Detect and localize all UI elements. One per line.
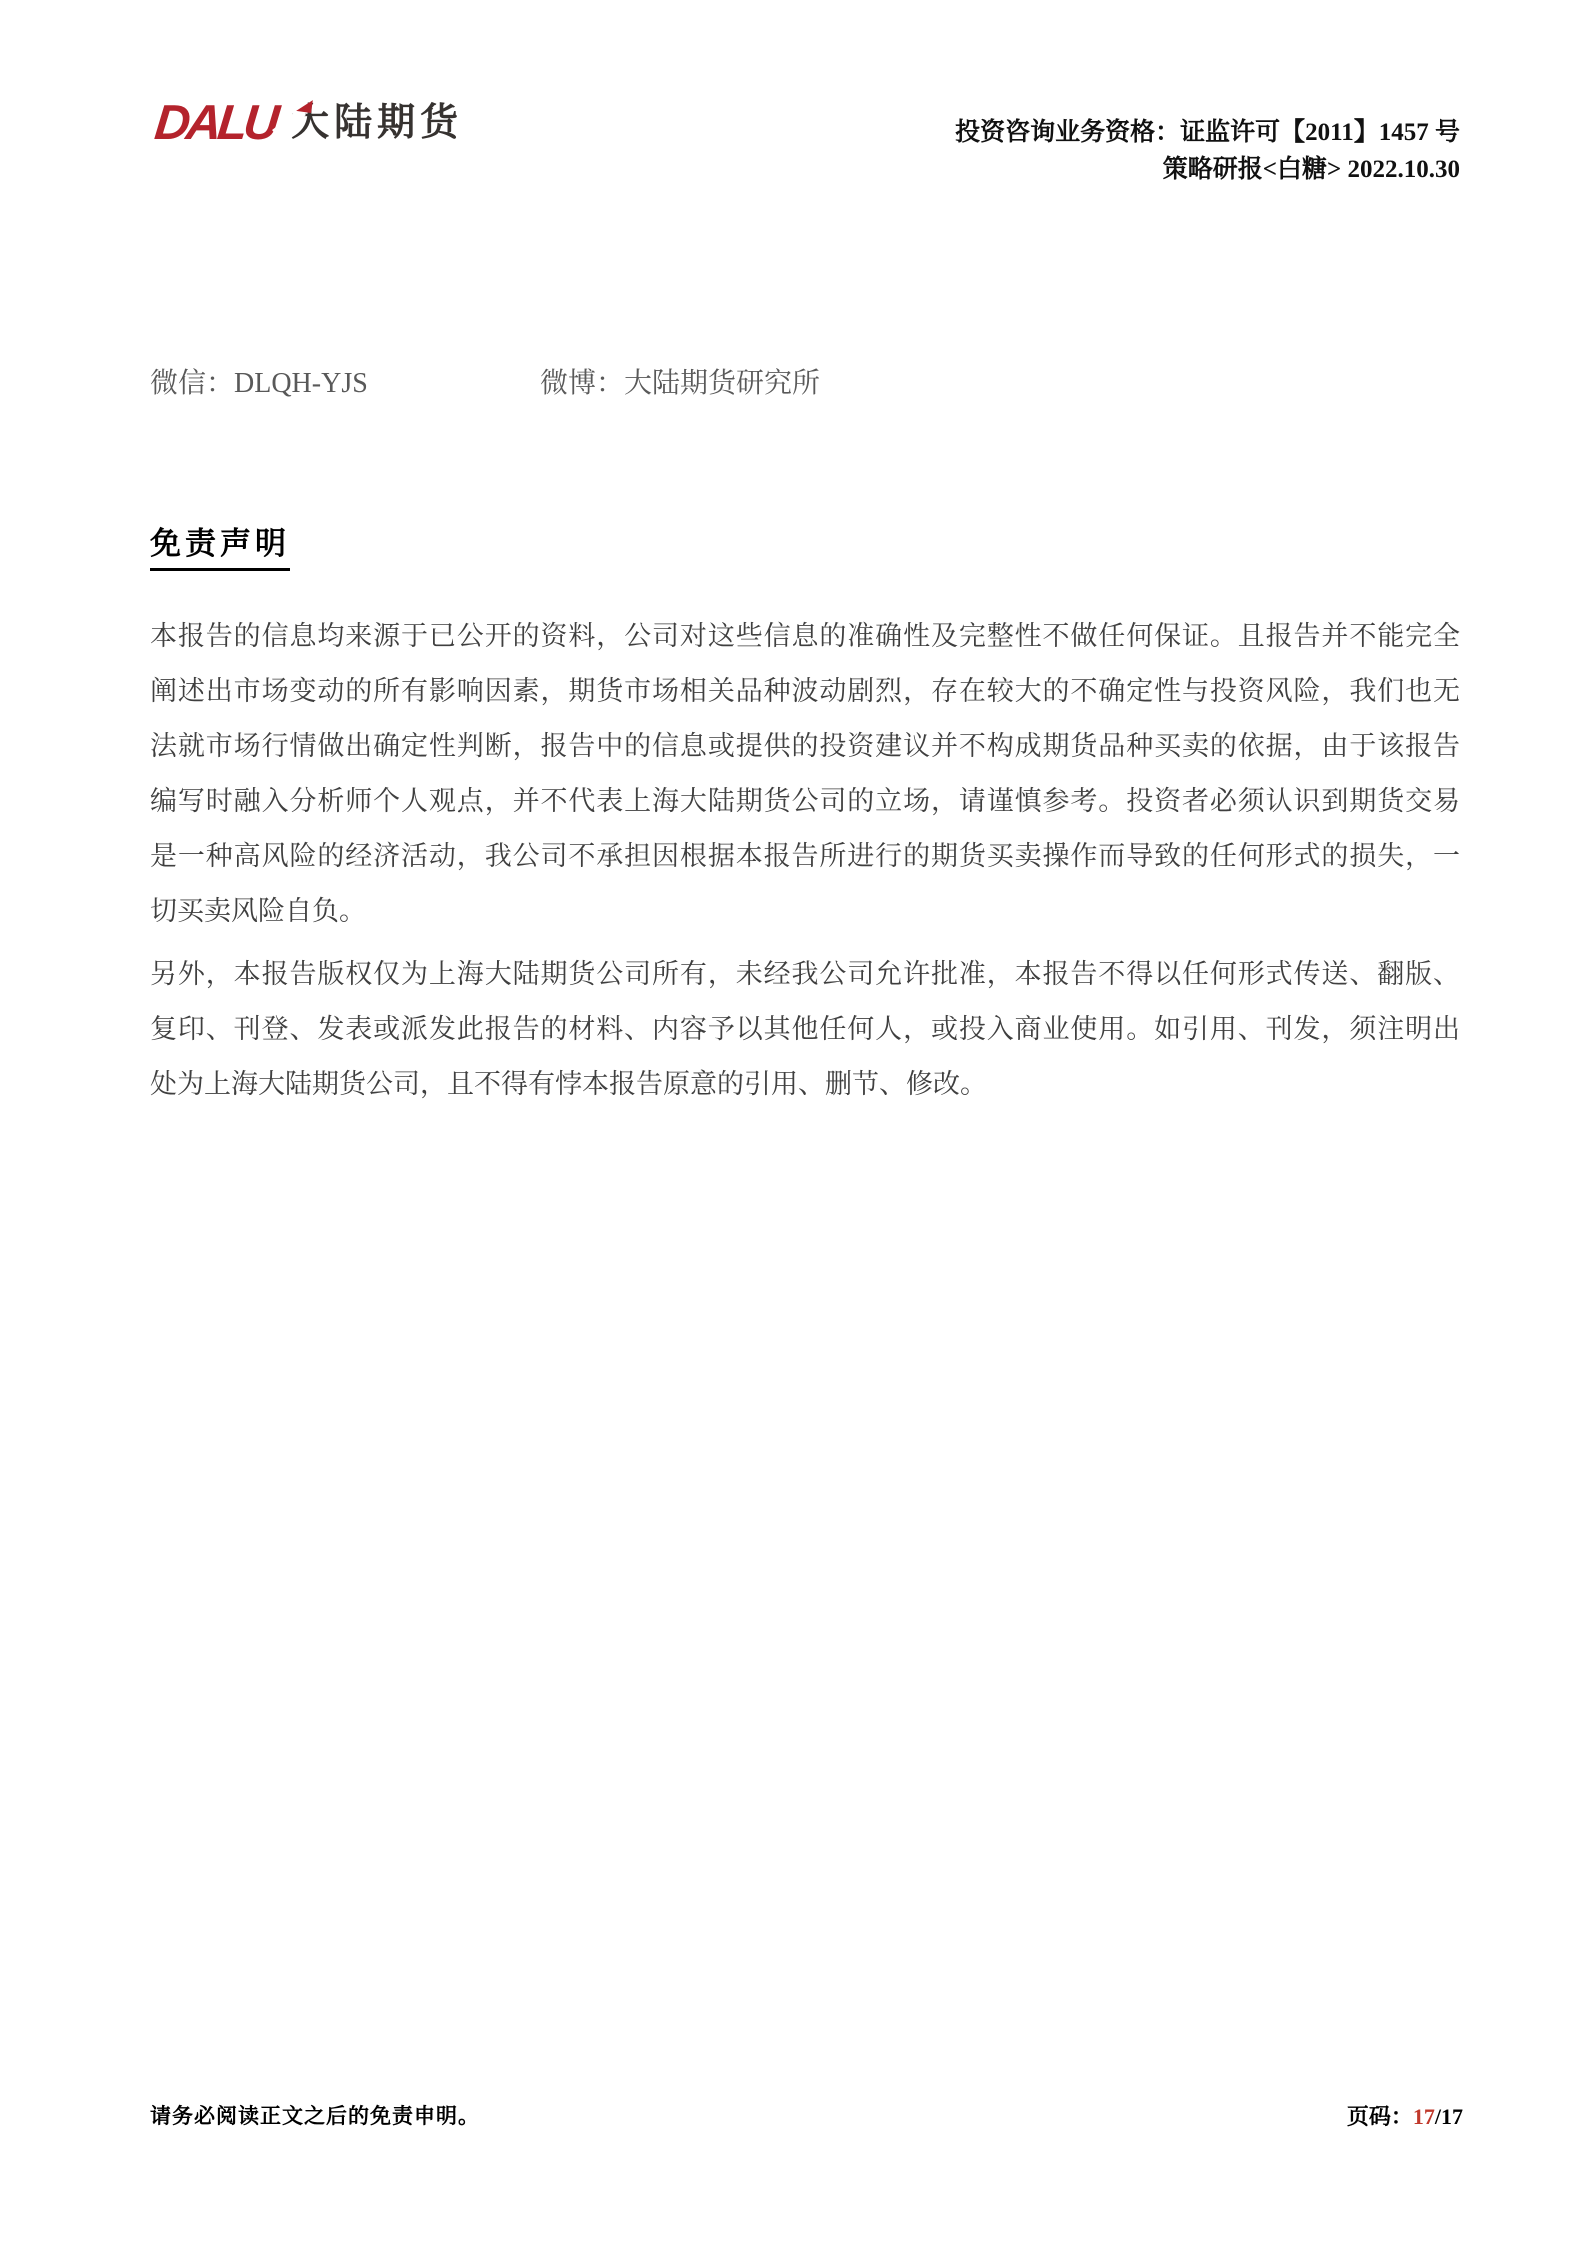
- disclaimer-line: 切买卖风险自负。: [150, 884, 1460, 939]
- disclaimer-line: 本报告的信息均来源于已公开的资料，公司对这些信息的准确性及完整性不做任何保证。且…: [150, 609, 1460, 664]
- disclaimer-line: 是一种高风险的经济活动，我公司不承担因根据本报告所进行的期货买卖操作而导致的任何…: [150, 829, 1460, 884]
- disclaimer-paragraph-1: 本报告的信息均来源于已公开的资料，公司对这些信息的准确性及完整性不做任何保证。且…: [150, 609, 1460, 939]
- report-title-line: 策略研报<白糖> 2022.10.30: [955, 151, 1460, 188]
- wechat-value: DLQH-YJS: [234, 368, 368, 399]
- disclaimer-line: 复印、刊登、发表或派发此报告的材料、内容予以其他任何人，或投入商业使用。如引用、…: [150, 1002, 1460, 1057]
- disclaimer-line: 处为上海大陆期货公司，且不得有悖本报告原意的引用、删节、修改。: [150, 1057, 1460, 1112]
- weibo-label: 微博：: [540, 368, 624, 399]
- page-number-total: /17: [1435, 2104, 1463, 2129]
- wechat-label: 微信：: [150, 368, 234, 399]
- disclaimer-line: 法就市场行情做出确定性判断，报告中的信息或提供的投资建议并不构成期货品种买卖的依…: [150, 719, 1460, 774]
- contact-row: 微信：DLQH-YJS 微博：大陆期货研究所: [150, 366, 1460, 402]
- page-number-label: 页码：: [1347, 2104, 1413, 2129]
- disclaimer-line: 编写时融入分析师个人观点，并不代表上海大陆期货公司的立场，请谨慎参考。投资者必须…: [150, 774, 1460, 829]
- logo-company-name: 大陆期货: [291, 101, 463, 145]
- disclaimer-line: 阐述出市场变动的所有影响因素，期货市场相关品种波动剧烈，存在较大的不确定性与投资…: [150, 664, 1460, 719]
- disclaimer-paragraph-2: 另外，本报告版权仅为上海大陆期货公司所有，未经我公司允许批准，本报告不得以任何形…: [150, 947, 1460, 1112]
- weibo-block: 微博：大陆期货研究所: [540, 366, 820, 402]
- page-number: 页码：17/17: [1347, 2100, 1463, 2131]
- footer-note: 请务必阅读正文之后的免责申明。: [150, 2100, 480, 2130]
- logo-mark: DALU: [155, 100, 275, 146]
- report-page: DALU 大陆期货 投资咨询业务资格：证监许可【2011】1457 号 策略研报…: [0, 0, 1587, 2245]
- header-meta: 投资咨询业务资格：证监许可【2011】1457 号 策略研报<白糖> 2022.…: [955, 114, 1460, 188]
- weibo-value: 大陆期货研究所: [624, 368, 820, 399]
- company-logo: DALU 大陆期货: [155, 98, 463, 148]
- logo-wordmark: DALU: [153, 100, 278, 146]
- qualification-line: 投资咨询业务资格：证监许可【2011】1457 号: [955, 114, 1460, 151]
- page-number-current: 17: [1413, 2104, 1435, 2129]
- logo-arrow-tip-icon: [296, 98, 313, 113]
- disclaimer-line: 另外，本报告版权仅为上海大陆期货公司所有，未经我公司允许批准，本报告不得以任何形…: [150, 947, 1460, 1002]
- disclaimer-heading: 免责声明: [150, 518, 290, 571]
